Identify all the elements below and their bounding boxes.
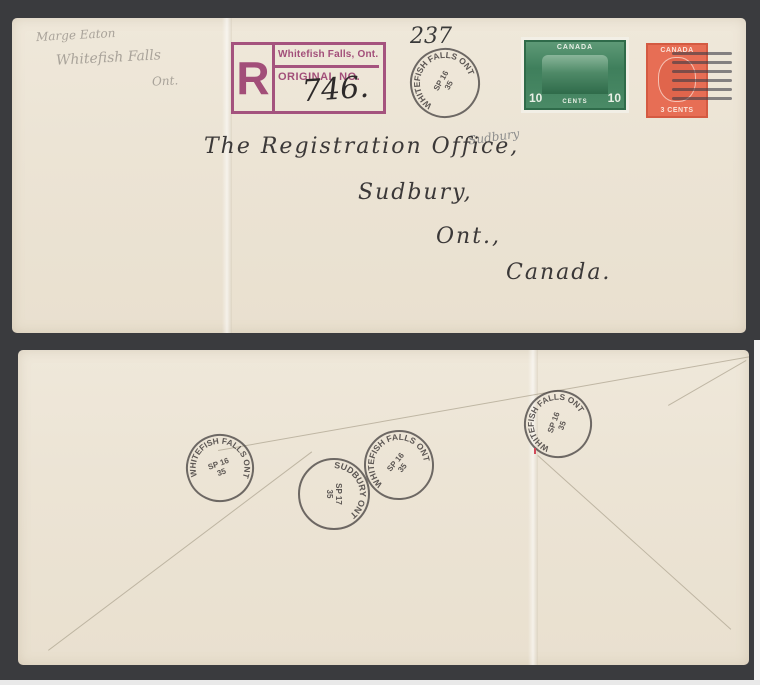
- flap-edge: [48, 451, 312, 650]
- cancel-bars: [672, 48, 732, 118]
- flap-edge: [668, 360, 746, 406]
- address-line-3: Ont.,: [436, 224, 501, 249]
- red-mark: [534, 448, 536, 454]
- registration-number: 746.: [301, 70, 370, 110]
- registration-town: Whitefish Falls, Ont.: [278, 49, 378, 60]
- stamp-vignette: [542, 55, 608, 94]
- divider: [275, 65, 379, 68]
- address-line-1: The Registration Office,: [204, 134, 519, 159]
- sender-note-line-2: Whitefish Falls: [56, 47, 162, 68]
- flap-edge: [537, 455, 731, 630]
- postmark-date: SP 1735: [325, 483, 343, 505]
- frame-edge: [0, 680, 760, 685]
- stamp-value: 10: [608, 91, 621, 105]
- stamp-10-cents: CANADA 10 CENTS 10: [521, 37, 629, 113]
- envelope-front: Marge Eaton Whitefish Falls Ont. R White…: [12, 18, 746, 333]
- envelope-back: SP 1635 WHITEFISH FALLS ONT SP 1735 SUDB…: [18, 350, 749, 665]
- address-line-4: Canada.: [506, 260, 611, 285]
- sender-note-line-1: Marge Eaton: [36, 26, 116, 44]
- sender-note-line-3: Ont.: [152, 73, 179, 88]
- frame-edge: [754, 340, 760, 685]
- postmark-whitefish-falls: WHITEFISH FALLS ONT SP 1635: [397, 35, 493, 131]
- stamp-country: CANADA: [526, 44, 624, 51]
- address-line-2: Sudbury,: [358, 180, 473, 205]
- registration-letter: R: [234, 45, 275, 111]
